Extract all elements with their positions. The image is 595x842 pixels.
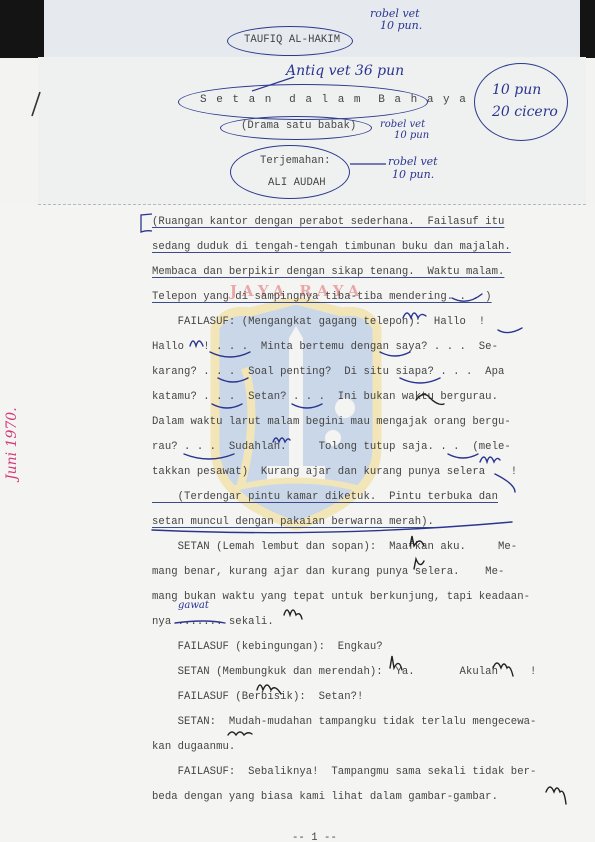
proofreading-marks-icon (0, 0, 595, 842)
